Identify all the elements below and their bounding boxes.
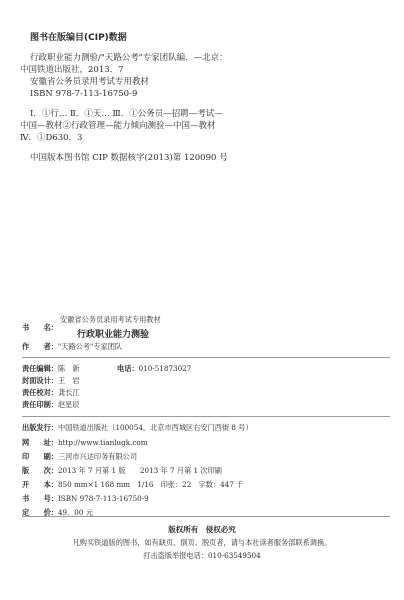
author-value: "天路公考"专家团队 [58,342,122,351]
cip-isbn: ISBN 978-7-113-16750-9 [30,88,137,100]
copyright-notice: 版权所有 侵权必究 [0,524,404,535]
cip-class-2: 中国—教材②行政管理—能力倾向测验—中国—教材 [20,120,216,132]
staff-phone: 电话：010-51873027 [117,363,191,375]
replacement-notice: 凡购买铁道版的图书，如有缺页、倒页、脱页者，请与本社读者服务部联系调换。 [0,537,404,549]
website-link: http://www.tianlugk.com [58,438,148,447]
cip-heading: 图书在版编目(CIP)数据 [30,30,127,43]
staff-editor: 责任编辑：陈 新 [22,363,80,375]
pub-website: 网 址：http://www.tianlugk.com [22,437,148,449]
book-title: 行政职业能力测验 [77,327,149,340]
cip-class-1: Ⅰ．①行… Ⅱ．①天… Ⅲ．①公务员—招聘—考试— [30,108,223,120]
pub-isbn: 书 号：ISBN 978-7-113-16750-9 [22,493,149,505]
cip-library-note: 中国版本图书馆 CIP 数据核字(2013)第 120090 号 [30,152,228,164]
divider-3 [22,516,390,517]
pub-publisher: 出版发行：中国铁道出版社（100054，北京市西城区右安门西街 8 号） [22,422,253,434]
cip-class-3: Ⅳ．①D630．3 [20,132,82,144]
cip-line-1: 行政职业能力测验/"天路公考"专家团队编．—北京： [30,52,228,64]
piracy-hotline: 打击盗版举报电话：010-63549504 [0,550,404,562]
pub-edition: 版 次：2013 年 7 月第 1 版 2013 年 7 月第 1 次印刷 [22,465,222,477]
divider-1 [22,357,390,358]
staff-printing: 责任印制：赵星辰 [22,399,80,411]
book-title-label: 书 名： [22,322,58,334]
book-series: 安徽省公务员录用考试专用教材 [60,314,161,326]
cip-line-3: 安徽省公务员录用考试专用教材 [30,76,149,88]
staff-cover-design: 封面设计：王 岩 [22,375,80,387]
book-author-row: 作 者："天路公考"专家团队 [22,341,122,353]
staff-proofreader: 责任校对：龚长江 [22,387,80,399]
pub-printer: 印 刷：三河市兴达印务有限公司 [22,451,137,463]
pub-format: 开 本：850 mm×1 168 mm 1/16 印张：22 字数：447 千 [22,479,243,491]
author-label: 作 者： [22,341,58,353]
divider-2 [22,416,390,417]
cip-line-2: 中国铁道出版社，2013．7 [20,64,124,76]
